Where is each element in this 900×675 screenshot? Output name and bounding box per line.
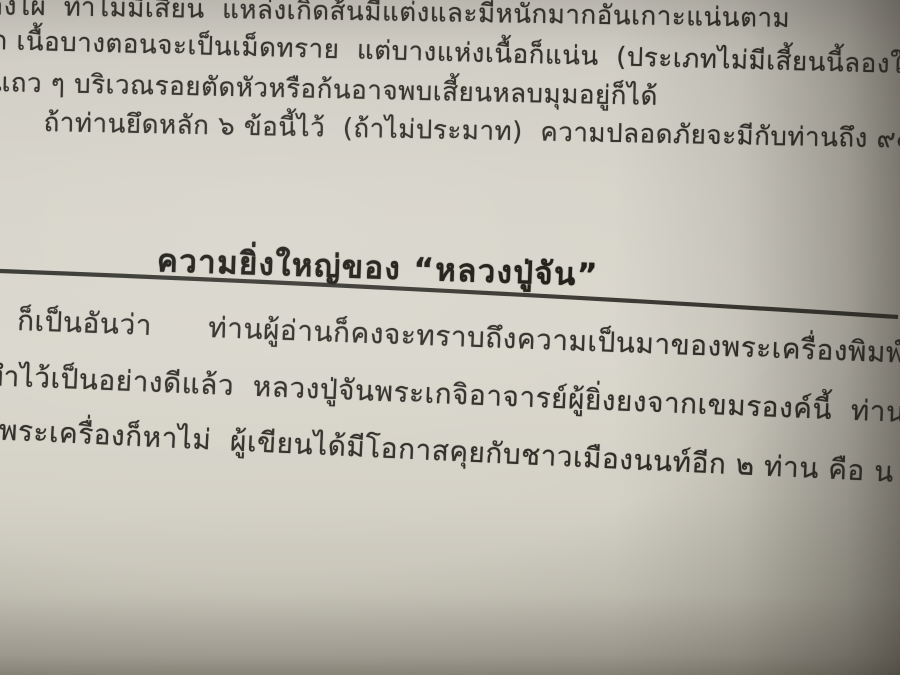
text-line: ถ้าท่านยึดหลัก ๖ ข้อนี้ไว้ (ถ้าไม่ประมาท… [43, 102, 900, 160]
page-heading: ความยิ่งใหญ่ของ “หลวงปู่จัน” [156, 235, 599, 300]
book-page-photo: บางไผ ทำไม่มีเสี้ยน แหล่งเกิดส้นมีแต่งแล… [0, 0, 900, 675]
